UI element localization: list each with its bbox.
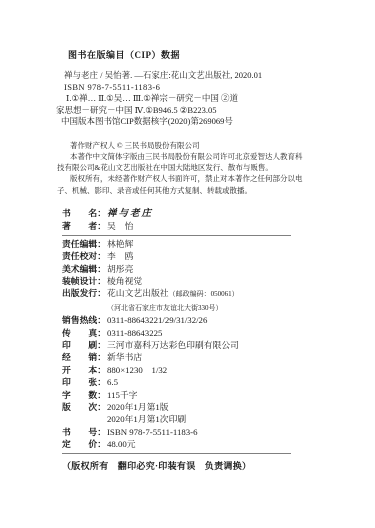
colophon-row: 装帧设计：棱角视觉 (62, 275, 306, 287)
row-value: 林艳辉 (107, 239, 133, 249)
row-label: 传 真： (62, 327, 107, 339)
colophon-row: 传 真：0311-88643225 (62, 327, 306, 339)
copyright-line: 版权所有，未经著作财产权人书面许可，禁止对本著作之任何部分以电 (57, 173, 306, 184)
colophon-row: 书 名：禅与老庄 (62, 207, 306, 220)
row-value: 0311-88643225 (107, 328, 162, 338)
colophon-row: 印 刷：三河市嘉科万达彩色印刷有限公司 (62, 339, 306, 351)
colophon-table: 书 名：禅与老庄著 者：吴 怡责任编辑：林艳辉责任校对：李 鸥美术编辑：胡彤亮装… (62, 207, 306, 454)
divider-rule (62, 453, 291, 454)
colophon-row: 销售热线：0311-88643221/29/31/32/26 (62, 314, 306, 326)
row-label: 责任编辑： (62, 238, 107, 250)
colophon-row: 责任校对：李 鸥 (62, 250, 306, 262)
cip-line: 家思想－研究－中国 Ⅳ.①B946.5 ②B223.05 (56, 105, 306, 117)
row-value: （河北省石家庄市友谊北大街330号） (107, 304, 223, 312)
row-label: 定 价： (62, 438, 107, 450)
colophon-row: 书 号：ISBN 978-7-5511-1183-6 (62, 426, 306, 438)
row-label: 书 名： (62, 207, 107, 219)
cip-line: Ⅰ.①禅… Ⅱ.①吴… Ⅲ.①禅宗－研究－中国 ②道 (66, 93, 306, 105)
row-value: 胡彤亮 (107, 264, 133, 274)
copyright-line: 著作财产权人 © 三民书局股份有限公司 (57, 140, 306, 151)
row-value: 2020年1月第1版 (107, 402, 169, 412)
row-value: 0311-88643221/29/31/32/26 (107, 315, 207, 325)
cip-line: 中国版本图书馆CIP数据核字(2020)第269069号 (61, 116, 306, 128)
row-value: 6.5 (107, 377, 118, 387)
row-value: 吴 怡 (107, 221, 133, 231)
row-value: 2020年1月第1次印刷 (107, 414, 186, 424)
row-value: 115千字 (107, 390, 137, 400)
copyright-line: 本著作中文简体字版由三民书局股份有限公司许可北京爱智达人教育科 (57, 151, 306, 162)
row-value: ISBN 978-7-5511-1183-6 (107, 427, 198, 437)
copyright-notice: 著作财产权人 © 三民书局股份有限公司本著作中文简体字版由三民书局股份有限公司许… (57, 140, 306, 196)
row-value: 禅与老庄 (107, 209, 153, 219)
row-value: 花山文艺出版社 (107, 288, 169, 298)
colophon-row: （河北省石家庄市友谊北大街330号） (62, 301, 306, 314)
colophon-row: 定 价：48.00元 (62, 438, 306, 450)
page-content: 图书在版编目（CIP）数据 禅与老庄 / 吴怡著. —石家庄:花山文艺出版社, … (56, 48, 306, 472)
row-value: 新华书店 (107, 352, 142, 362)
row-value: 880×1230 1/32 (107, 365, 167, 375)
row-label: 书 号： (62, 426, 107, 438)
colophon-row: 印 张：6.5 (62, 376, 306, 388)
row-label: 印 刷： (62, 339, 107, 351)
colophon-row: 字 数：115千字 (62, 389, 306, 401)
colophon-row: 开 本：880×1230 1/32 (62, 364, 306, 376)
colophon-row: 著 者：吴 怡 (62, 220, 306, 232)
cip-line: ISBN 978-7-5511-1183-6 (64, 82, 306, 94)
row-label: 著 者： (62, 220, 107, 232)
row-label: 经 销： (62, 351, 107, 363)
row-value: 三河市嘉科万达彩色印刷有限公司 (107, 340, 239, 350)
row-label: 印 张： (62, 376, 107, 388)
divider-rule (62, 235, 291, 236)
row-label: 出版发行： (62, 287, 107, 299)
colophon-row: 经 销：新华书店 (62, 351, 306, 363)
copyright-line: 子、机械、影印、录音或任何其他方式复制、转载或散播。 (57, 185, 306, 196)
cip-record: 禅与老庄 / 吴怡著. —石家庄:花山文艺出版社, 2020.01ISBN 97… (56, 70, 306, 128)
row-label: 版 次： (62, 401, 107, 413)
row-value: 李 鸥 (107, 251, 133, 261)
row-label: 字 数： (62, 389, 107, 401)
colophon-row: 责任编辑：林艳辉 (62, 238, 306, 250)
cip-line: 禅与老庄 / 吴怡著. —石家庄:花山文艺出版社, 2020.01 (64, 70, 306, 82)
colophon-row: 出版发行：花山文艺出版社（邮政编码：050061） (62, 287, 306, 300)
row-label: 美术编辑： (62, 263, 107, 275)
book-copyright-page: 图书在版编目（CIP）数据 禅与老庄 / 吴怡著. —石家庄:花山文艺出版社, … (0, 0, 375, 528)
reprint-notice: （版权所有 翻印必究·印装有误 负责调换） (62, 459, 306, 472)
row-label: 开 本： (62, 364, 107, 376)
colophon-row: 版 次：2020年1月第1版 (62, 401, 306, 413)
cip-section-header: 图书在版编目（CIP）数据 (68, 48, 306, 61)
colophon-row: 美术编辑：胡彤亮 (62, 263, 306, 275)
copyright-line: 技有限公司&花山文艺出版社在中国大陆地区发行、散布与贩售。 (57, 162, 306, 173)
colophon-row: 2020年1月第1次印刷 (62, 413, 306, 425)
row-label: 责任校对： (62, 250, 107, 262)
row-value: 棱角视觉 (107, 276, 142, 286)
row-label: 销售热线： (62, 314, 107, 326)
row-value: 48.00元 (107, 439, 136, 449)
row-note: （邮政编码：050061） (169, 290, 239, 298)
row-label: 装帧设计： (62, 275, 107, 287)
